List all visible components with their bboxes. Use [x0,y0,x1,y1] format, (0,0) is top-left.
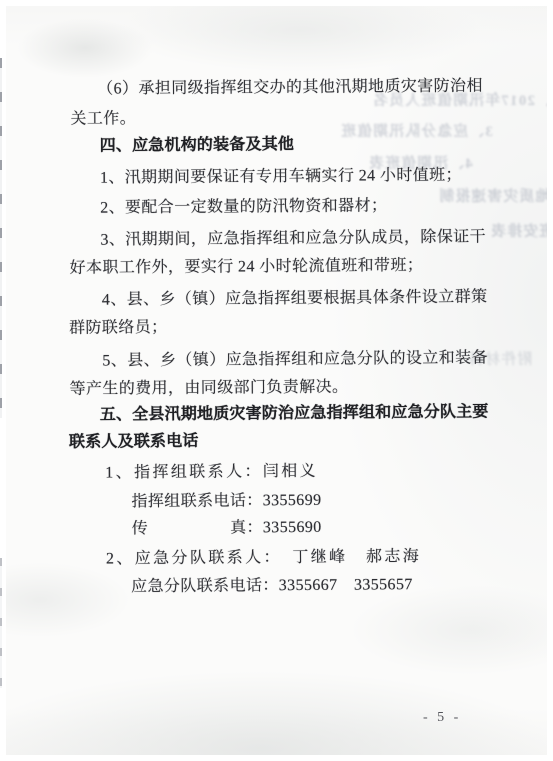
scanned-document-page: 2、2017年汛期值班人员名 3、应急分队汛期值班 4、汛期值班表 5、地质灾害… [0,0,553,761]
contact-line-command-group: 1、指挥组联系人：闫相义 [105,458,318,483]
list-item: 1、汛期期间要保证有专用车辆实行 24 小时值班； [100,162,462,188]
contact-line-emergency-phone: 应急分队联系电话：3355667 3355657 [131,571,413,596]
paragraph-line: 等产生的费用，由同级部门负责解决。 [69,374,348,399]
scan-edge-artifact [0,558,2,688]
contact-line-command-phone: 指挥组联系电话：3355699 [131,487,321,511]
section-heading-4: 四、应急机构的装备及其他 [100,131,295,156]
list-item: 4、县、乡（镇）应急指挥组要根据具体条件设立群策 [102,284,488,310]
list-item: 5、县、乡（镇）应急指挥组和应急分队的设立和装备 [102,345,488,371]
contact-line-emergency-team: 2、应急分队联系人： 丁继峰 郝志海 [106,543,421,568]
paragraph-line: 群防联络员； [69,314,168,338]
list-item: 2、要配合一定数量的防汛物资和器材； [100,192,387,217]
contact-line-fax: 传 真：3355690 [132,514,322,538]
document-content: （6）承担同级指挥组交办的其他汛期地质灾害防治相 关工作。 四、应急机构的装备及… [0,0,553,761]
page-number: - 5 - [423,710,461,726]
section-heading-5-cont: 联系人及联系电话 [69,428,199,452]
paragraph-line: （6）承担同级指挥组交办的其他汛期地质灾害防治相 [97,73,483,99]
scan-edge-artifact [0,58,2,418]
list-item: 3、汛期期间，应急指挥组和应急分队成员，除保证干 [100,224,486,250]
section-heading-5: 五、全县汛期地质灾害防治应急指挥组和应急分队主要 [100,399,489,425]
paragraph-line: 好本职工作外，要实行 24 小时轮流值班和带班； [70,252,424,278]
paragraph-line: 关工作。 [70,105,136,129]
